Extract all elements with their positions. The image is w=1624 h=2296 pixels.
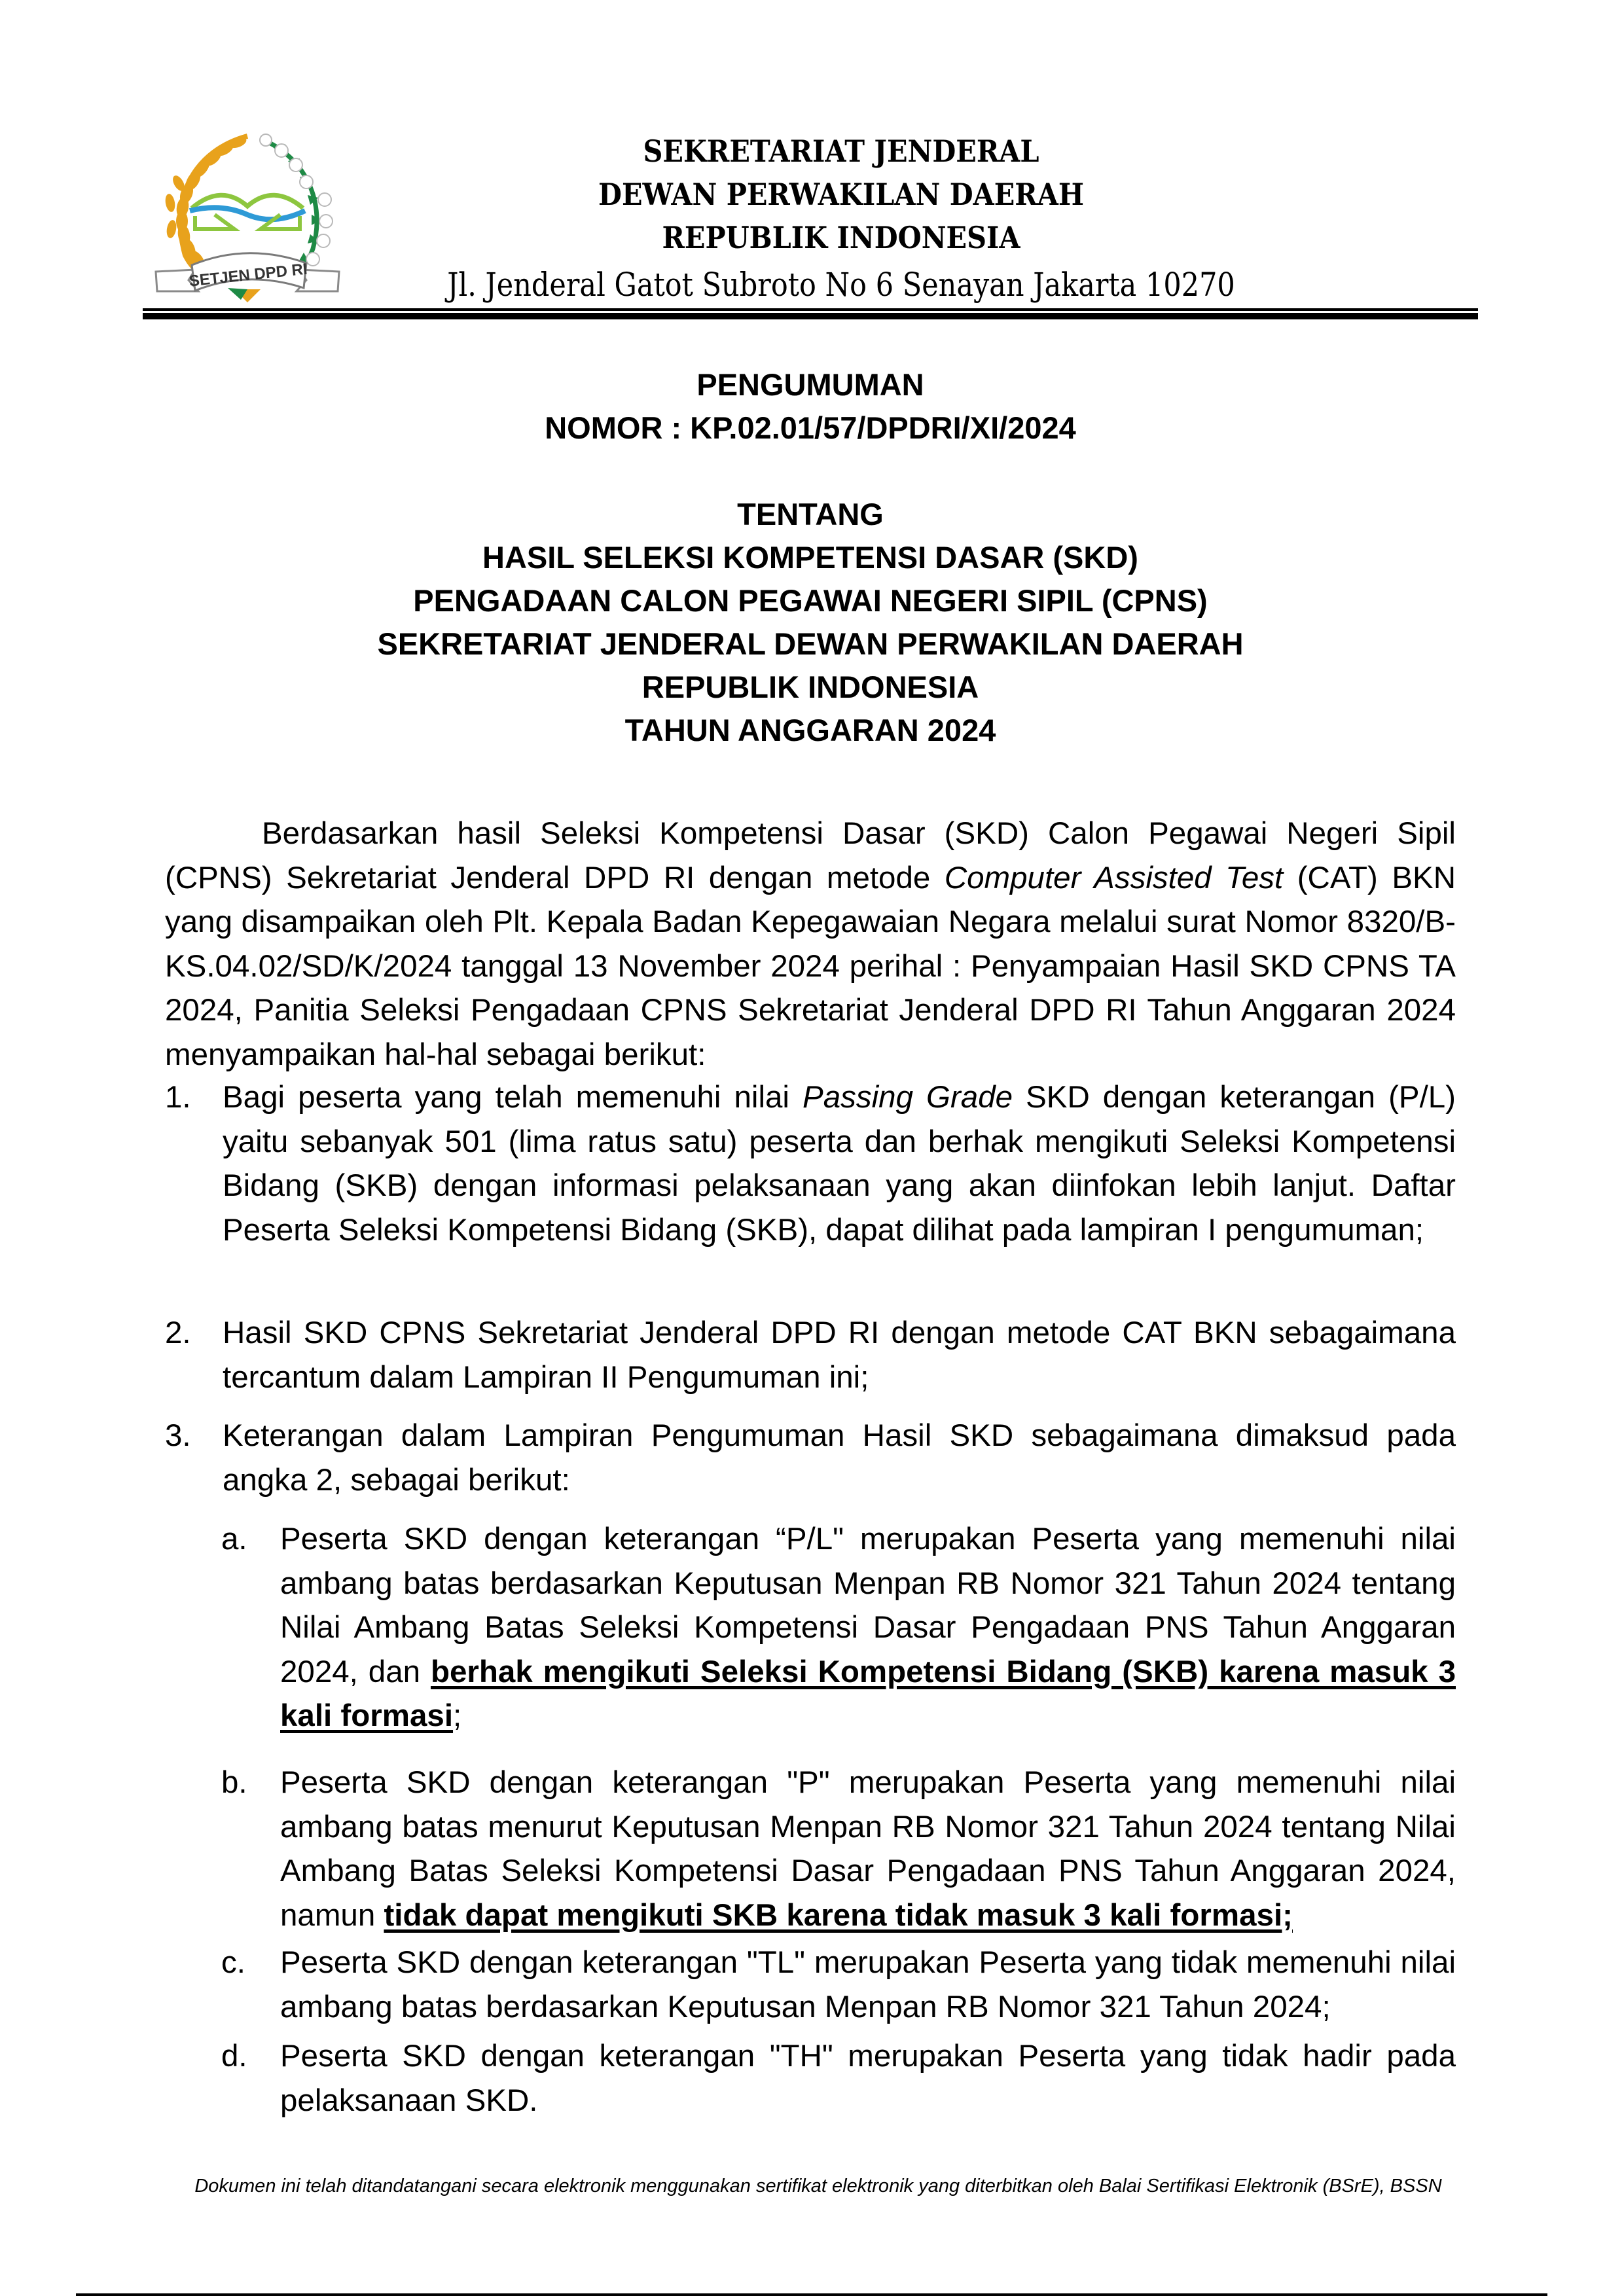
sublist-item-c: c. Peserta SKD dengan keterangan "TL" me… — [221, 1941, 1456, 2029]
org-name-line-3: REPUBLIK INDONESIA — [414, 223, 1269, 253]
document-heading: PENGUMUMAN — [165, 369, 1456, 400]
document-number: NOMOR : KP.02.01/57/DPDRI/XI/2024 — [165, 412, 1456, 443]
subject-line-3: SEKRETARIAT JENDERAL DEWAN PERWAKILAN DA… — [165, 628, 1456, 659]
list-item-italic-term: Passing Grade — [803, 1080, 1013, 1115]
sublist-item-emphasis: tidak dapat mengikuti SKB karena tidak m… — [384, 1898, 1293, 1933]
sublist-item-text: Peserta SKD dengan keterangan "TH" merup… — [280, 2039, 1456, 2118]
setjen-dpd-logo-icon: SETJEN DPD RI — [149, 124, 346, 302]
footer-rule — [76, 2293, 1547, 2296]
sublist-item-text: Peserta SKD dengan keterangan "TL" merup… — [280, 1945, 1456, 2024]
letterhead-rule-thin — [143, 308, 1478, 311]
document-about: TENTANG — [165, 499, 1456, 529]
list-item-2: 2. Hasil SKD CPNS Sekretariat Jenderal D… — [165, 1311, 1456, 1399]
list-item-text: Keterangan dalam Lampiran Pengumuman Has… — [223, 1418, 1456, 1498]
org-address: Jl. Jenderal Gatot Subroto No 6 Senayan … — [433, 268, 1250, 301]
org-name-line-1: SEKRETARIAT JENDERAL — [414, 136, 1269, 166]
sublist-marker: b. — [221, 1761, 247, 1805]
sublist-item-d: d. Peserta SKD dengan keterangan "TH" me… — [221, 2034, 1456, 2123]
sublist-marker: d. — [221, 2034, 247, 2079]
sublist-item-tail: ; — [453, 1698, 461, 1733]
list-marker: 3. — [165, 1414, 191, 1458]
list-item-text: Bagi peserta yang telah memenuhi nilai — [223, 1080, 803, 1115]
intro-paragraph: Berdasarkan hasil Seleksi Kompetensi Das… — [165, 812, 1456, 1077]
sublist-item-b: b. Peserta SKD dengan keterangan "P" mer… — [221, 1761, 1456, 1937]
list-marker: 1. — [165, 1075, 191, 1120]
subject-line-1: HASIL SELEKSI KOMPETENSI DASAR (SKD) — [165, 542, 1456, 573]
subject-line-2: PENGADAAN CALON PEGAWAI NEGERI SIPIL (CP… — [165, 585, 1456, 616]
list-item-text: Hasil SKD CPNS Sekretariat Jenderal DPD … — [223, 1316, 1456, 1395]
list-item-3: 3. Keterangan dalam Lampiran Pengumuman … — [165, 1414, 1456, 1502]
book-icon — [190, 195, 305, 229]
sublist-marker: c. — [221, 1941, 245, 1985]
electronic-signature-note: Dokumen ini telah ditandatangani secara … — [65, 2177, 1571, 2196]
intro-italic-term: Computer Assisted Test — [945, 861, 1283, 895]
subject-line-4: REPUBLIK INDONESIA — [165, 672, 1456, 702]
org-name-line-2: DEWAN PERWAKILAN DAERAH — [414, 179, 1269, 209]
list-item-1: 1. Bagi peserta yang telah memenuhi nila… — [165, 1075, 1456, 1252]
subject-line-5: TAHUN ANGGARAN 2024 — [165, 715, 1456, 745]
sublist-item-a: a. Peserta SKD dengan keterangan “P/L" m… — [221, 1517, 1456, 1738]
list-marker: 2. — [165, 1311, 191, 1355]
document-page: SETJEN DPD RI SEKRETARIAT JENDERAL DEWAN… — [0, 0, 1624, 2296]
letterhead-rule-thick — [143, 313, 1478, 319]
sublist-marker: a. — [221, 1517, 247, 1562]
